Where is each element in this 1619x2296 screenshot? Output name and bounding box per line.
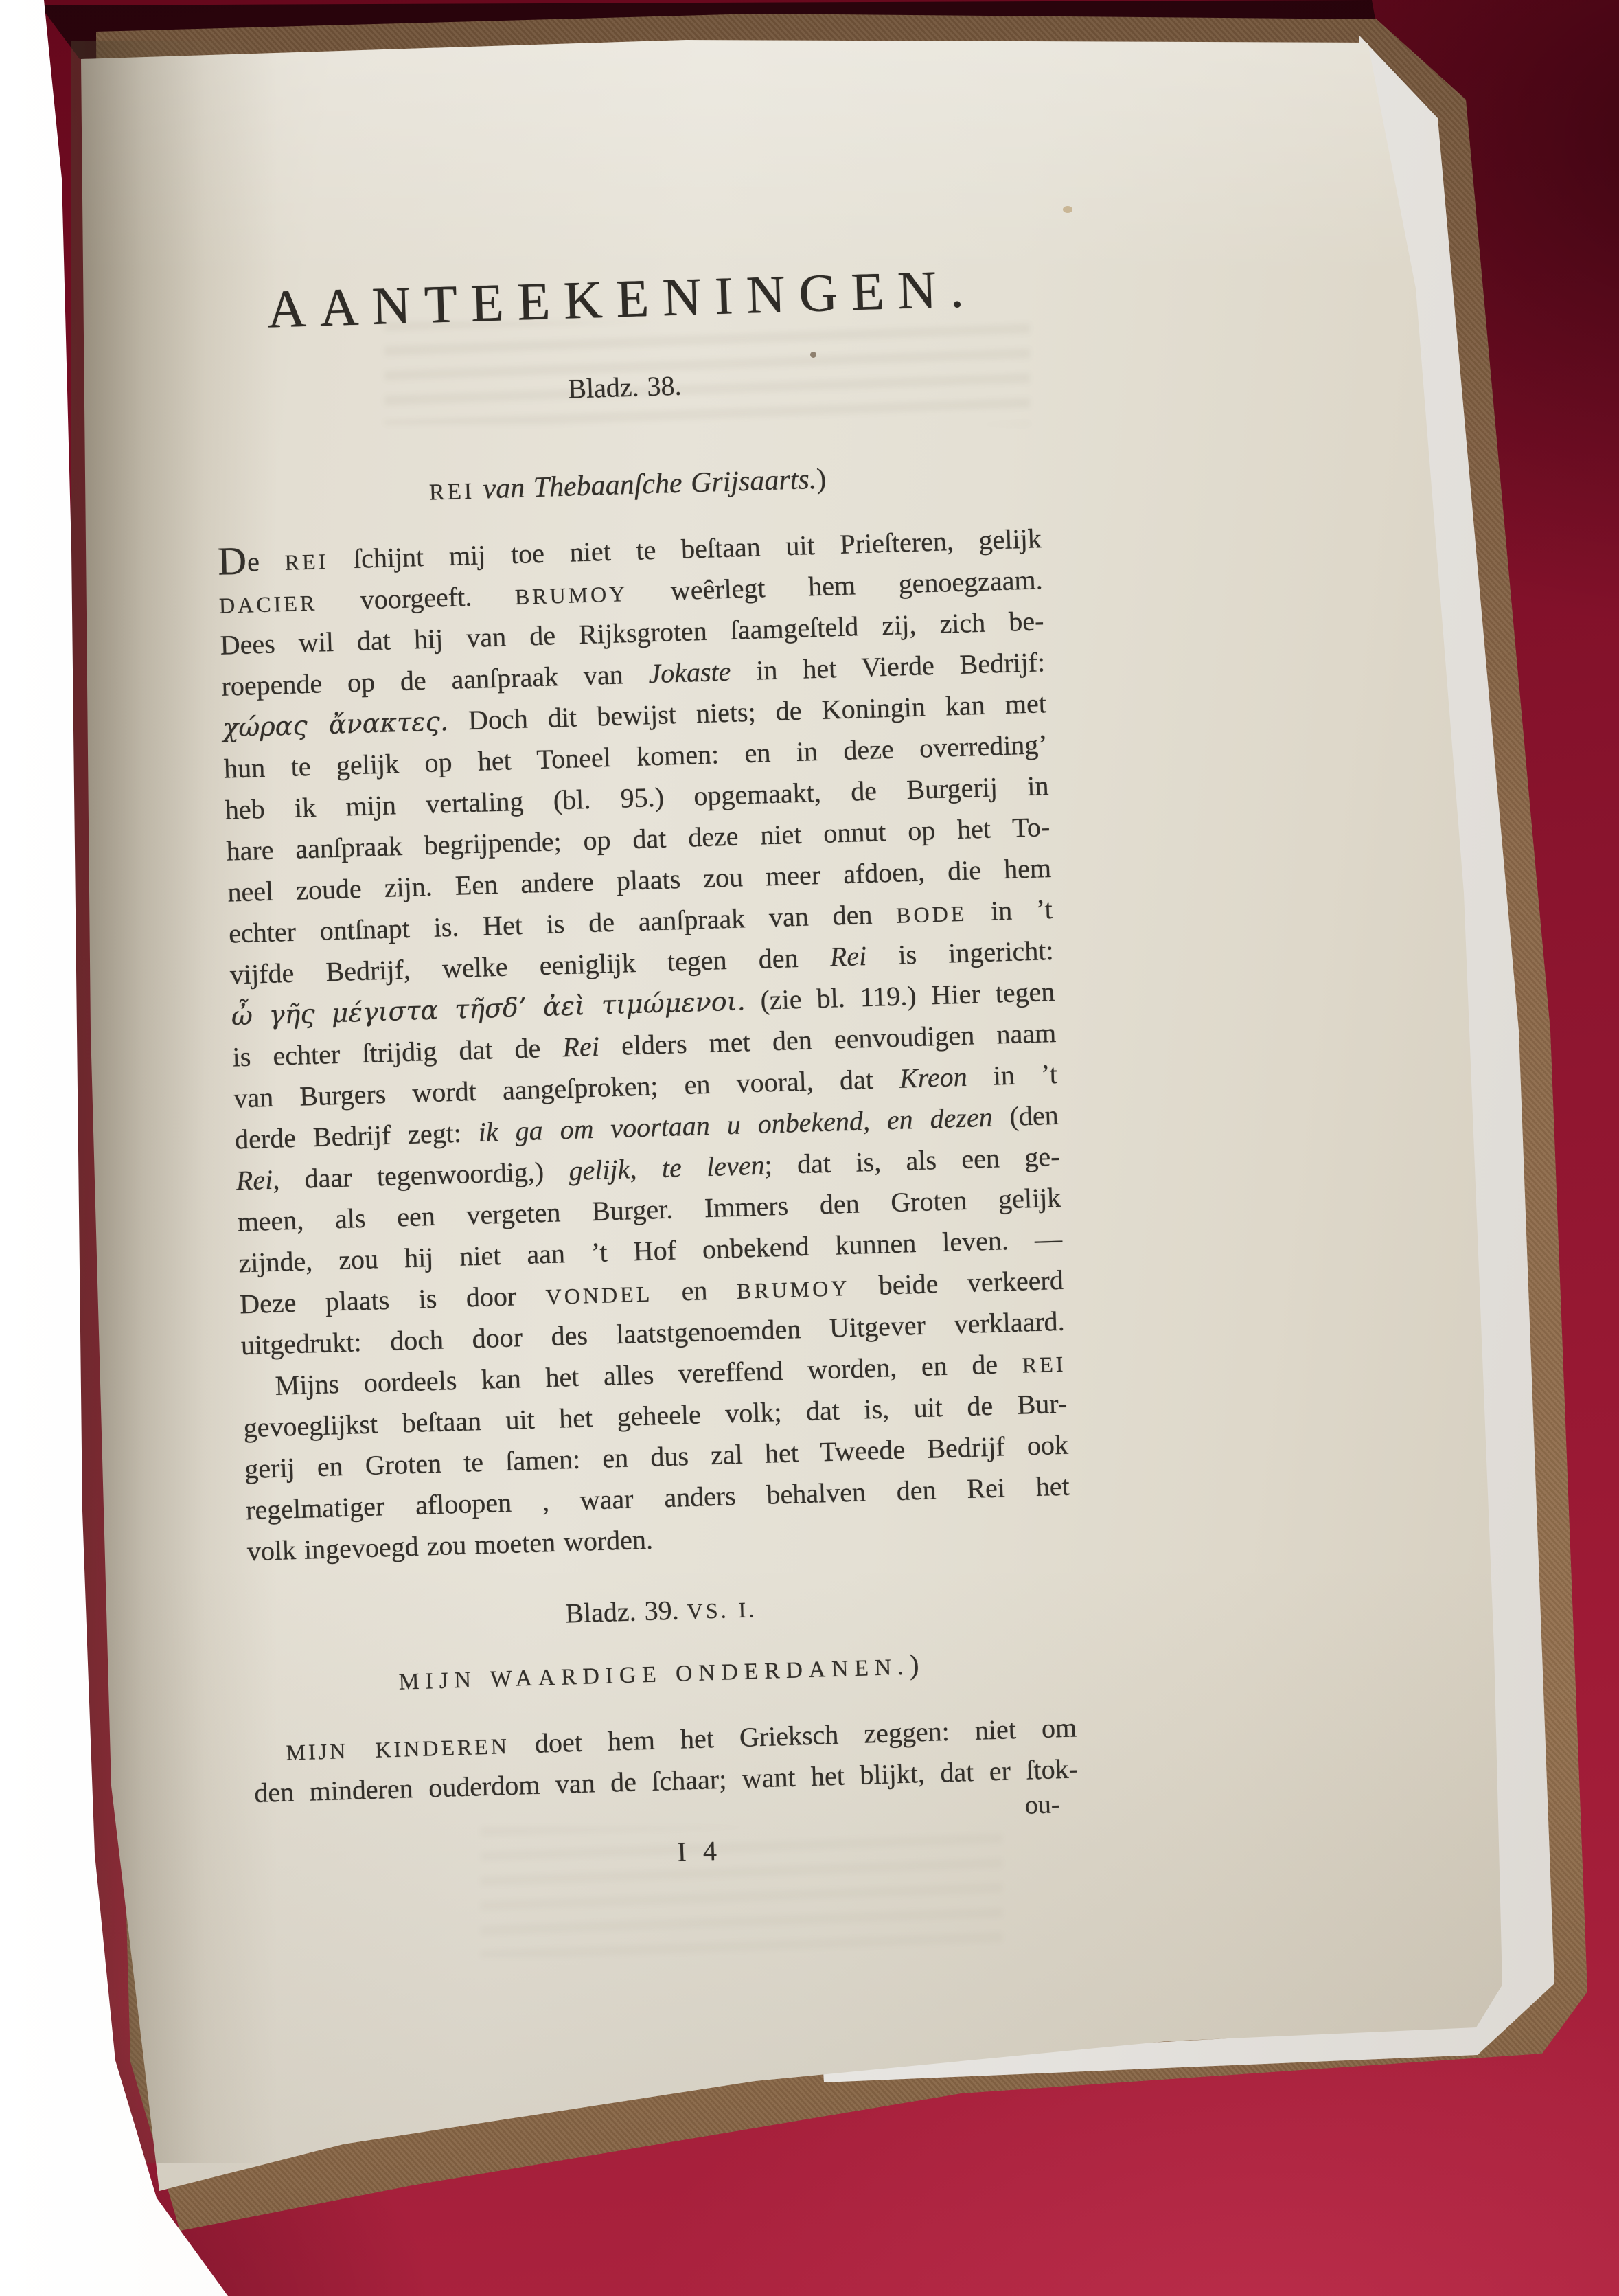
text-segment: I 4	[677, 1835, 722, 1867]
text-segment: )	[816, 463, 827, 495]
text-segment: Kreon	[899, 1061, 967, 1094]
book-photo: AANTEEKENINGEN. Bladz. 38.REI van Thebaa…	[0, 0, 1619, 2296]
text-segment: e	[246, 545, 285, 578]
page-text: AANTEEKENINGEN. Bladz. 38.REI van Thebaa…	[209, 255, 1081, 1887]
text-segment: Rei	[562, 1031, 600, 1063]
text-segment: DACIER	[219, 591, 318, 618]
text-segment: Rei	[236, 1164, 273, 1196]
text-segment: , daar tegenwoordig,)	[273, 1155, 570, 1195]
text-segment: ou-	[1024, 1790, 1060, 1819]
text-segment: VS. I.	[687, 1597, 757, 1624]
text-segment: volk ingevoegd zou moeten worden.	[246, 1524, 653, 1567]
paper-speck	[1063, 206, 1072, 213]
text-segment: BRUMOY	[736, 1275, 849, 1304]
text-segment: REI	[429, 479, 475, 505]
text-segment: Deze plaats is door	[240, 1280, 547, 1319]
text-segment: in het Vierde Bedrijf:	[731, 646, 1046, 687]
text-segment: D	[217, 538, 248, 584]
text-segment: ,	[630, 1152, 663, 1184]
text-segment: (zie bl. 119.) Hier tegen	[745, 976, 1055, 1016]
text-segment: beide verkeerd	[849, 1264, 1064, 1302]
text-segment: MIJN KINDEREN	[286, 1734, 509, 1765]
page-ref-heading: Bladz. 38.	[212, 359, 1037, 416]
text-segment: is echter ſtrijdig dat de	[232, 1032, 563, 1072]
text-segment: )	[909, 1649, 919, 1681]
text-segment: gelijk	[569, 1153, 630, 1186]
page-ref-heading: Bladz. 39. VS. I.	[249, 1582, 1073, 1640]
text-segment: Bladz. 39.	[565, 1594, 688, 1628]
text-segment: REI	[284, 549, 329, 575]
text-segment: REI	[1022, 1352, 1066, 1378]
text-segment: te leven	[661, 1150, 765, 1183]
text-segment: VONDEL	[545, 1282, 653, 1310]
text-segment: in ’t	[967, 1058, 1058, 1092]
text-segment: Bladz. 38.	[568, 370, 682, 405]
text-segment: en	[652, 1274, 737, 1308]
text-segment: (den	[992, 1100, 1059, 1133]
text-segment: χώρας ἄνακτες.	[222, 706, 449, 743]
text-segment: is ingericht:	[866, 935, 1054, 971]
text-segment: derde Bedrijf zegt:	[234, 1117, 479, 1155]
text-segment: in ’t	[967, 894, 1053, 927]
text-segment: MIJN WAARDIGE ONDERDANEN.	[398, 1655, 910, 1695]
text-segment: van Thebaanſche Grijsaarts.	[474, 464, 816, 505]
text-segment: BRUMOY	[514, 581, 628, 609]
text-segment: BODE	[896, 901, 967, 928]
text-segment: Jokaste	[648, 656, 731, 690]
text-segment: Rei	[829, 940, 867, 973]
text-segment: voorgeeft.	[317, 580, 515, 617]
note-heading: REI van Thebaanſche Grijsaarts.)	[216, 455, 1040, 515]
text-segment: weêrlegt hem genoegzaam.	[628, 564, 1044, 607]
text-lines: Bladz. 38.REI van Thebaanſche Grijsaarts…	[212, 359, 1080, 1887]
text-segment: ; dat is, als een ge-	[764, 1141, 1060, 1181]
text-segment: roepende op de aanſpraak van	[221, 658, 649, 701]
